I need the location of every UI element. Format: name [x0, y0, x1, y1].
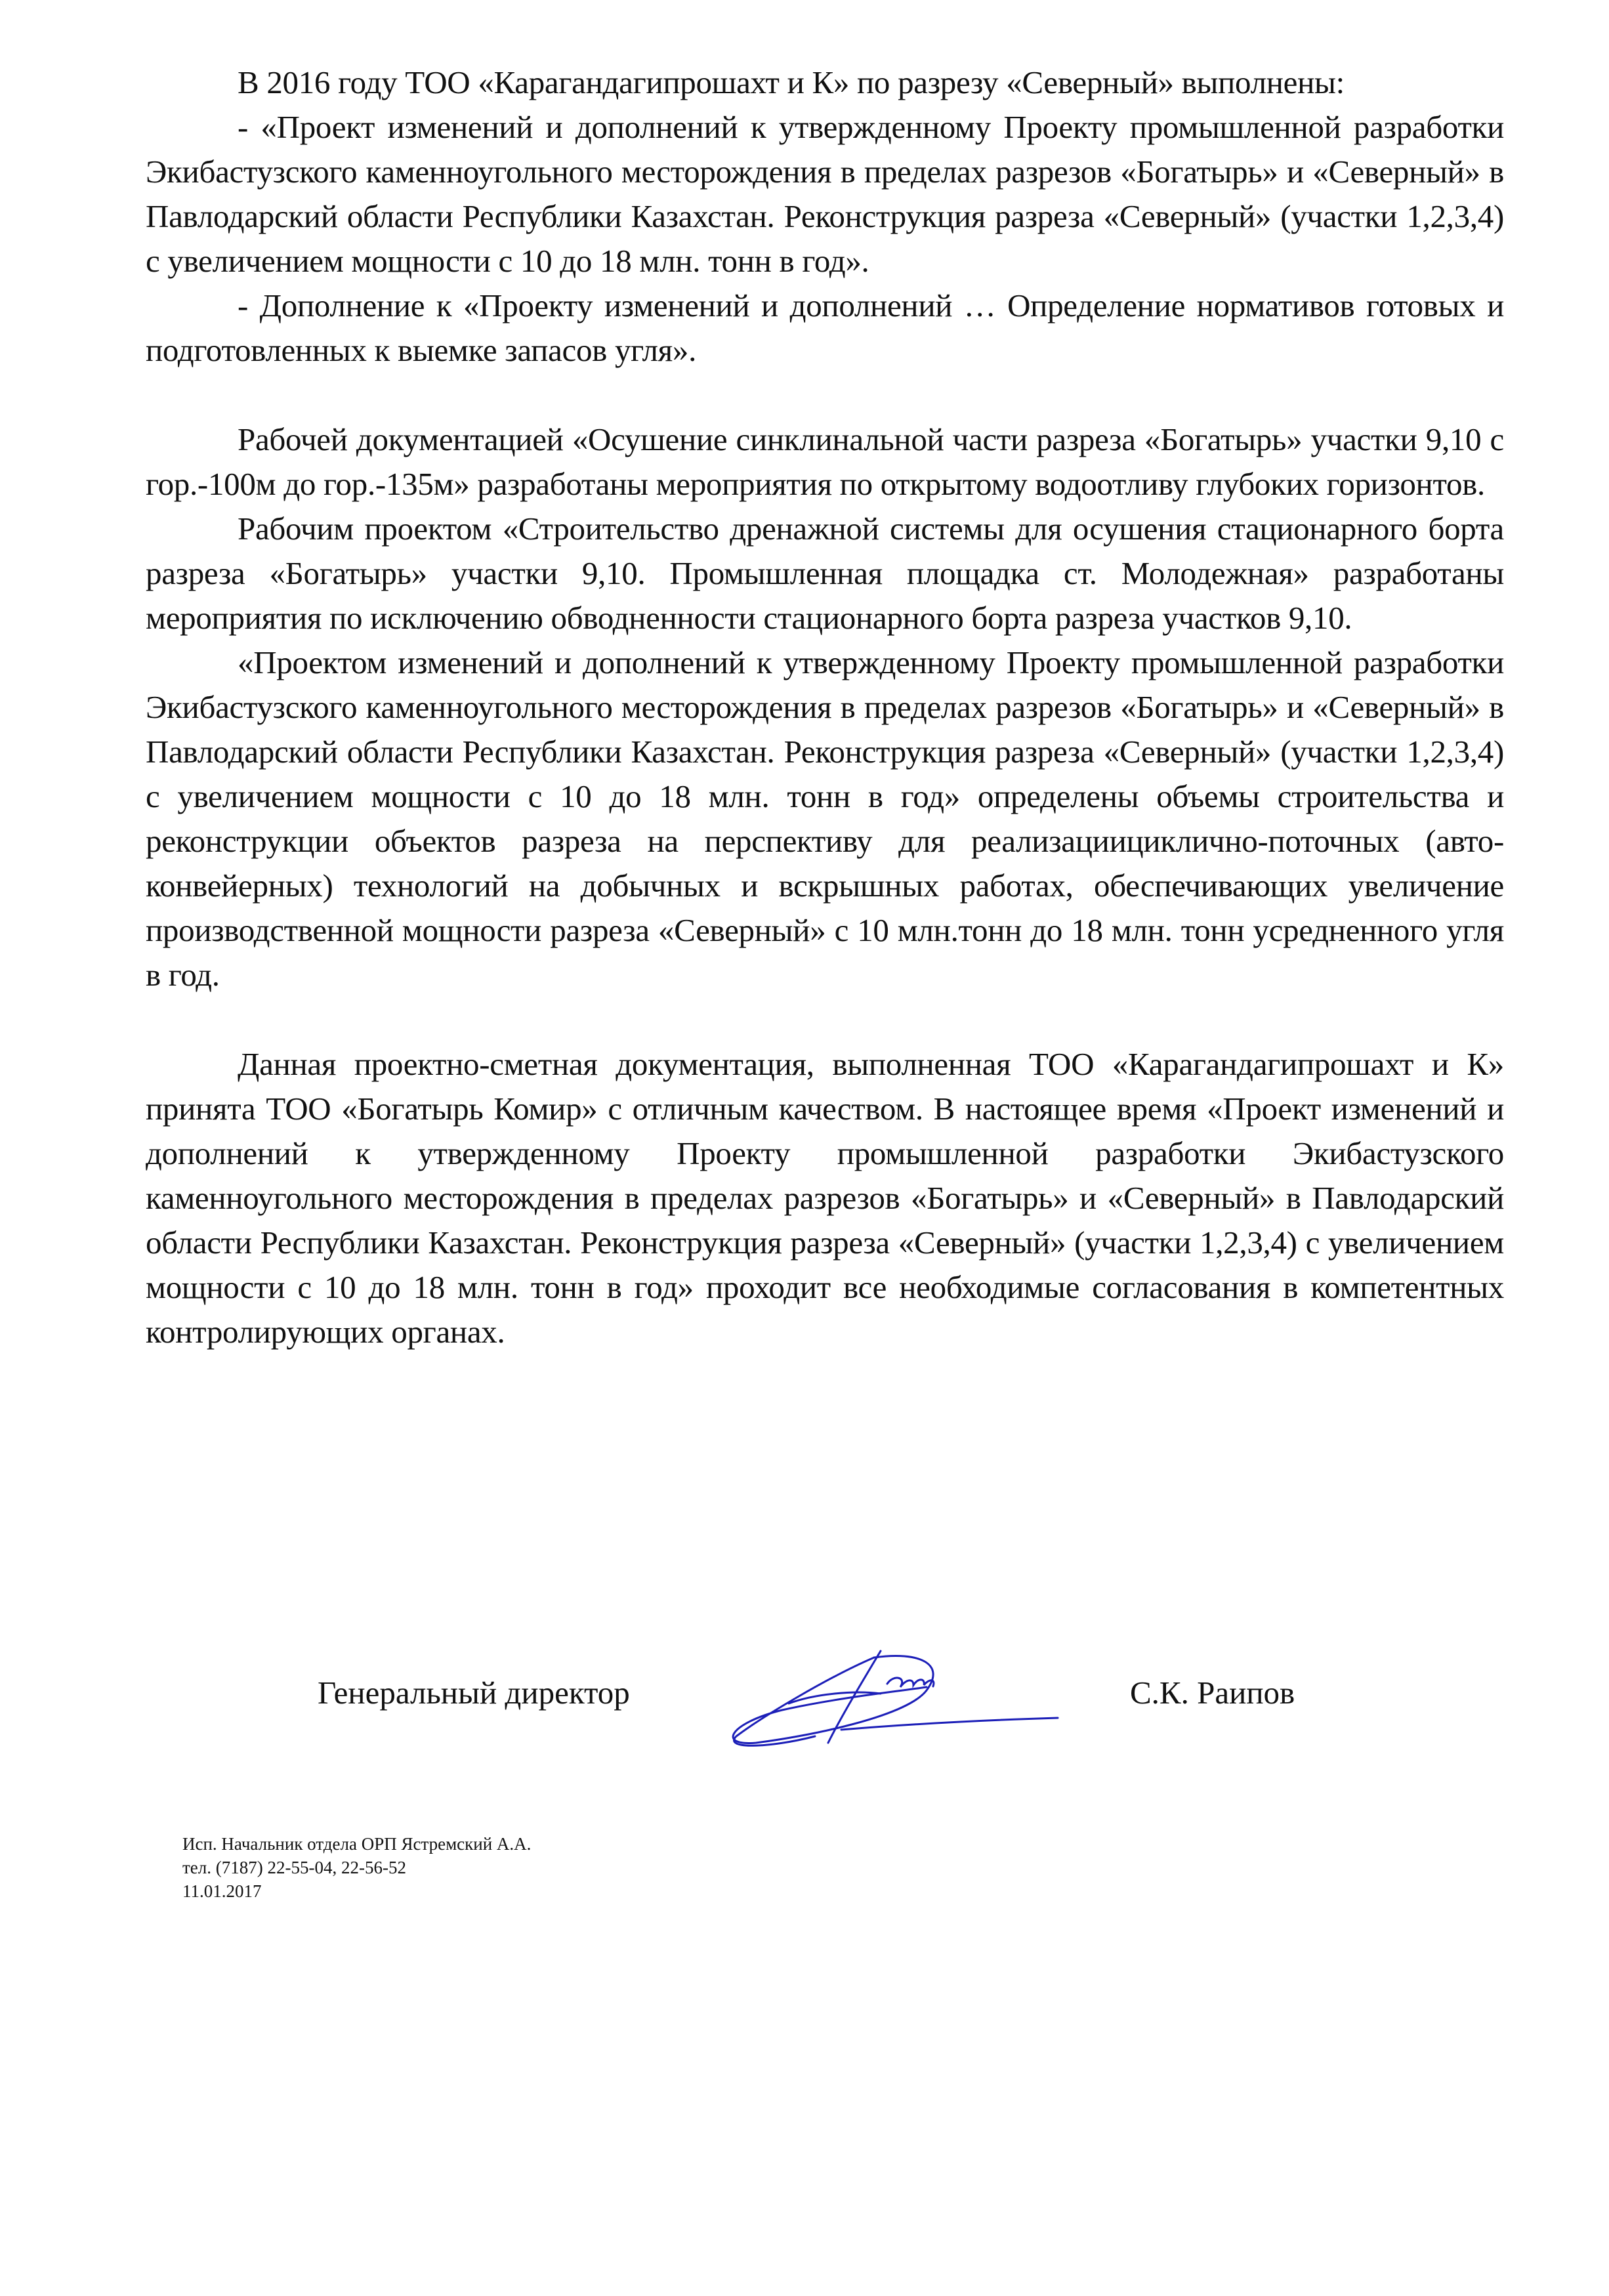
phone-line: тел. (7187) 22-55-04, 22-56-52 [182, 1856, 531, 1879]
signatory-name: С.К. Раипов [1130, 1671, 1295, 1715]
executor-footer: Исп. Начальник отдела ОРП Ястремский А.А… [182, 1832, 531, 1903]
paragraph-drainage-system: Рабочим проектом «Строительство дренажно… [146, 507, 1504, 640]
spacer [146, 373, 1504, 417]
spacer [146, 997, 1504, 1042]
handwritten-signature-icon [710, 1638, 1077, 1749]
paragraph-project-volumes: «Проектом изменений и дополнений к утвер… [146, 640, 1504, 997]
letter-page: В 2016 году ТОО «Карагандагипрошахт и К»… [146, 60, 1504, 1354]
signatory-title: Генеральный директор [318, 1671, 630, 1715]
item-project-changes: - «Проект изменений и дополнений к утвер… [146, 105, 1504, 283]
intro-paragraph: В 2016 году ТОО «Карагандагипрошахт и К»… [146, 60, 1504, 105]
paragraph-drainage-docs: Рабочей документацией «Осушение синклина… [146, 417, 1504, 507]
paragraph-acceptance: Данная проектно-сметная документация, вы… [146, 1042, 1504, 1354]
item-addendum: - Дополнение к «Проекту изменений и допо… [146, 283, 1504, 373]
executor-line: Исп. Начальник отдела ОРП Ястремский А.А… [182, 1832, 531, 1856]
date-line: 11.01.2017 [182, 1879, 531, 1903]
signature-block: Генеральный директор С.К. Раипов [146, 1671, 1504, 1749]
